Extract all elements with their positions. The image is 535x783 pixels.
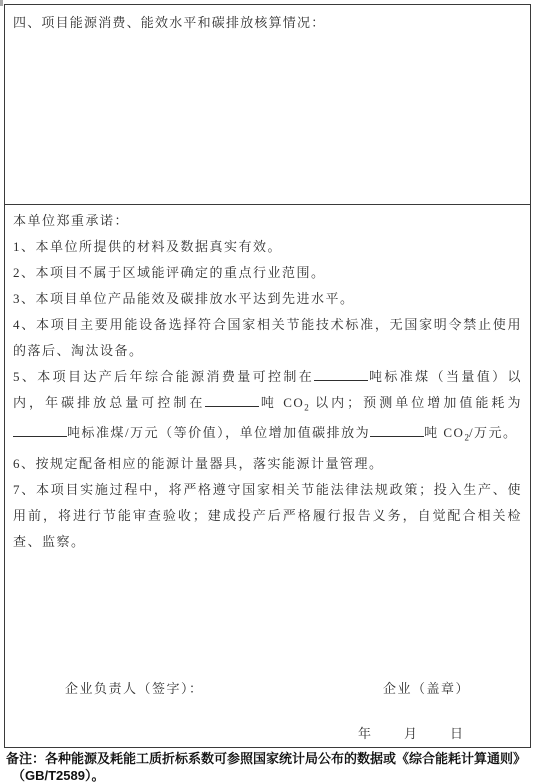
page-edge-artifact bbox=[0, 0, 3, 6]
date-row: 年 月 日 bbox=[13, 721, 464, 747]
item5-text: 吨 CO bbox=[424, 425, 464, 440]
item5-text: 吨标准煤/万元（等价值），单位增加值碳排放为 bbox=[67, 425, 370, 440]
commitment-item-7: 7、本项目实施过程中，将严格遵守国家相关节能法律法规政策；投入生产、使用前，将进… bbox=[13, 477, 522, 555]
item5-text: 以内；预测单位增加值能耗为 bbox=[309, 395, 522, 410]
section4-cell: 四、项目能源消费、能效水平和碳排放核算情况： bbox=[5, 5, 530, 205]
commitment-item-2: 2、本项目不属于区域能评确定的重点行业范围。 bbox=[13, 260, 522, 286]
blank-annual-carbon-emission[interactable] bbox=[205, 394, 259, 407]
blank-energy-intensity[interactable] bbox=[13, 424, 67, 437]
commitment-item-5: 5、本项目达产后年综合能源消费量可控制在吨标准煤（当量值）以内，年碳排放总量可控… bbox=[13, 364, 522, 451]
section4-title: 四、项目能源消费、能效水平和碳排放核算情况： bbox=[13, 13, 522, 33]
commitment-item-1: 1、本单位所提供的材料及数据真实有效。 bbox=[13, 234, 522, 260]
date-year-label: 年 bbox=[358, 721, 372, 747]
blank-annual-energy-consumption[interactable] bbox=[314, 368, 368, 381]
energy-review-form-table: 四、项目能源消费、能效水平和碳排放核算情况： 本单位郑重承诺： 1、本单位所提供… bbox=[4, 4, 531, 748]
footnote: 备注：各种能源及耗能工质折标系数可参照国家统计局公布的数据或《综合能耗计算通则》… bbox=[0, 749, 535, 783]
commitment-item-4: 4、本项目主要用能设备选择符合国家相关节能技术标准，无国家明令禁止使用的落后、淘… bbox=[13, 312, 522, 364]
commitment-heading: 本单位郑重承诺： bbox=[13, 208, 522, 234]
date-day-label: 日 bbox=[450, 721, 464, 747]
footnote-line-1: 备注：各种能源及耗能工质折标系数可参照国家统计局公布的数据或《综合能耗计算通则》 bbox=[6, 750, 531, 767]
item5-text: 5、本项目达产后年综合能源消费量可控制在 bbox=[13, 369, 314, 384]
blank-carbon-intensity[interactable] bbox=[370, 424, 424, 437]
signature-row: 企业负责人（签字）： 企业（盖章） bbox=[13, 676, 522, 702]
footnote-line-2: （GB/T2589）。 bbox=[6, 767, 531, 783]
commitment-cell: 本单位郑重承诺： 1、本单位所提供的材料及数据真实有效。 2、本项目不属于区域能… bbox=[5, 205, 530, 747]
commitment-item-6: 6、按规定配备相应的能源计量器具，落实能源计量管理。 bbox=[13, 451, 522, 477]
company-seal-label: 企业（盖章） bbox=[383, 676, 470, 702]
item5-text: 吨 CO bbox=[259, 395, 304, 410]
item5-text: /万元。 bbox=[469, 425, 518, 440]
company-leader-signature-label: 企业负责人（签字）： bbox=[65, 676, 204, 702]
date-month-label: 月 bbox=[404, 721, 418, 747]
commitment-item-3: 3、本项目单位产品能效及碳排放水平达到先进水平。 bbox=[13, 286, 522, 312]
